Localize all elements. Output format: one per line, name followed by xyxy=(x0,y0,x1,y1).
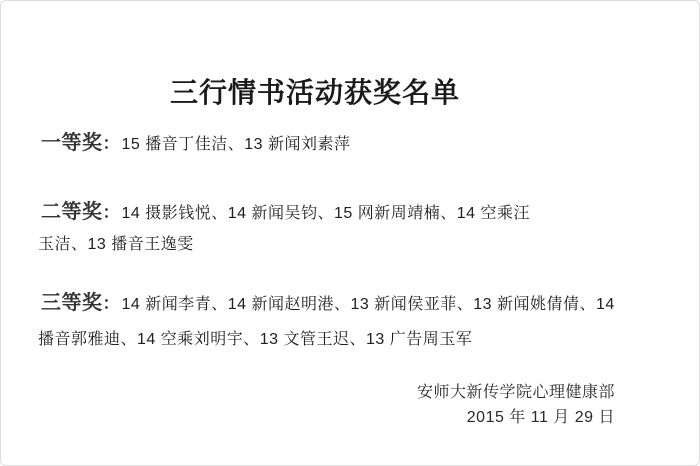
second-prize-colon: ： xyxy=(103,203,120,222)
first-prize-label: 一等奖 xyxy=(41,132,103,154)
third-prize-line-continuation: 播音郭雅迪、14 空乘刘明宇、13 文管王迟、13 广告周玉军 xyxy=(38,330,472,350)
signature-date: 2015 年 11 月 29 日 xyxy=(417,405,615,430)
signature-organization: 安师大新传学院心理健康部 xyxy=(417,380,615,405)
second-prize-label: 二等奖 xyxy=(41,201,103,223)
third-prize-line: 三等奖：14 新闻李青、14 新闻赵明港、13 新闻侯亚菲、13 新闻姚倩倩、1… xyxy=(41,291,615,316)
document-title: 三行情书活动获奖名单 xyxy=(1,71,629,111)
first-prize-winners: 15 播音丁佳洁、13 新闻刘素萍 xyxy=(122,136,351,153)
first-prize-colon: ： xyxy=(103,134,120,153)
signature-block: 安师大新传学院心理健康部 2015 年 11 月 29 日 xyxy=(417,380,615,431)
second-prize-winners-line2: 玉洁、13 播音王逸雯 xyxy=(38,236,194,253)
third-prize-winners-line1: 14 新闻李青、14 新闻赵明港、13 新闻侯亚菲、13 新闻姚倩倩、14 xyxy=(122,296,615,313)
third-prize-colon: ： xyxy=(103,294,120,313)
first-prize-line: 一等奖：15 播音丁佳洁、13 新闻刘素萍 xyxy=(41,131,351,156)
second-prize-line: 二等奖：14 摄影钱悦、14 新闻吴钧、15 网新周靖楠、14 空乘汪 xyxy=(41,200,530,225)
second-prize-line-continuation: 玉洁、13 播音王逸雯 xyxy=(38,235,194,255)
third-prize-winners-line2: 播音郭雅迪、14 空乘刘明宇、13 文管王迟、13 广告周玉军 xyxy=(38,331,472,348)
award-announcement-document: 三行情书活动获奖名单 一等奖：15 播音丁佳洁、13 新闻刘素萍 二等奖：14 … xyxy=(0,0,700,466)
second-prize-winners-line1: 14 摄影钱悦、14 新闻吴钧、15 网新周靖楠、14 空乘汪 xyxy=(122,205,530,222)
third-prize-label: 三等奖 xyxy=(41,292,103,314)
